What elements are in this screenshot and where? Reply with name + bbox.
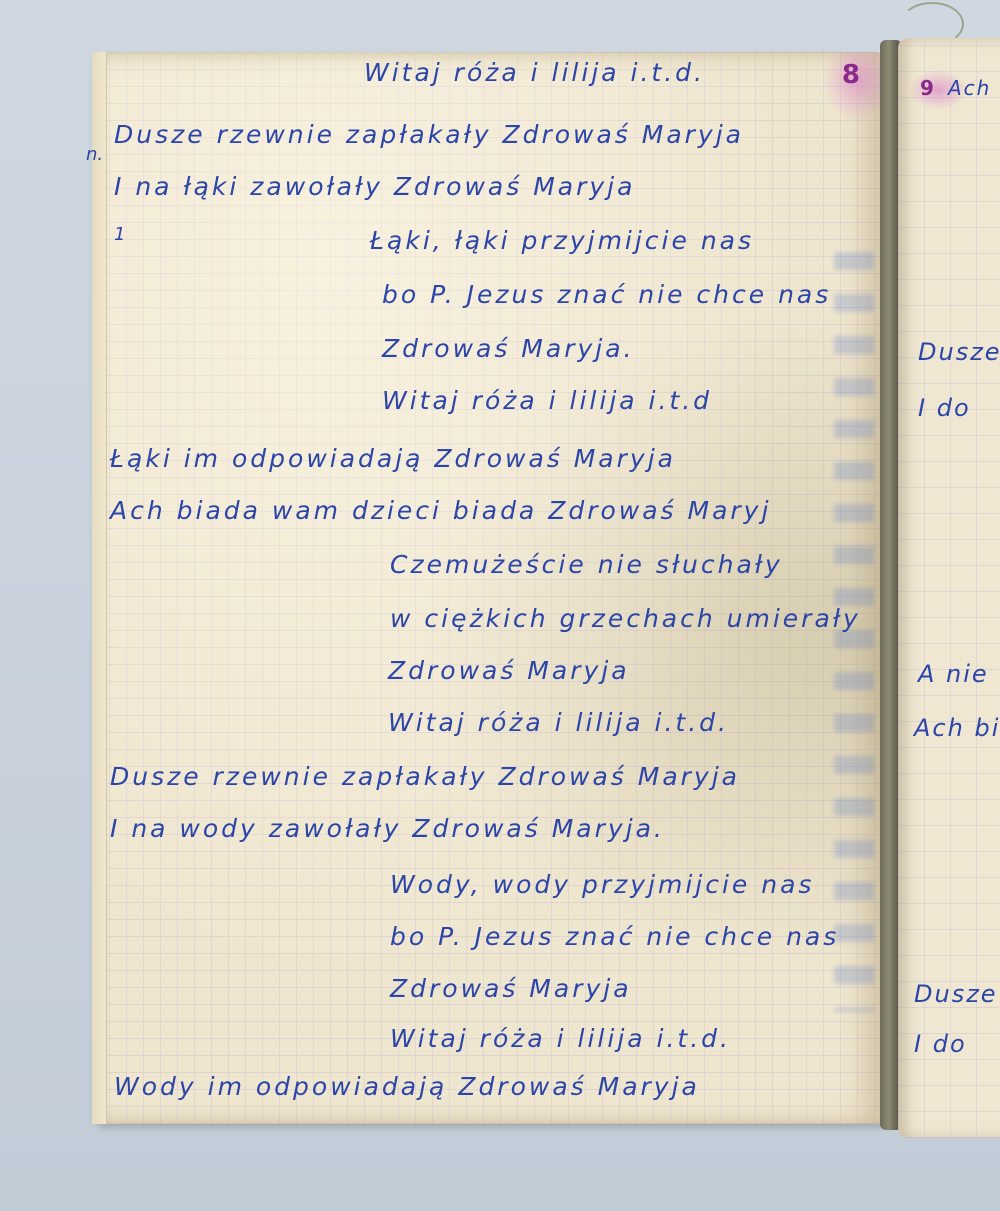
handwritten-line: Witaj róża i lilija i.t.d	[382, 386, 712, 415]
handwritten-line: Dusze	[914, 980, 998, 1008]
handwritten-line: Zdrowaś Maryja	[388, 656, 630, 685]
handwritten-line: Czemużeście nie słuchały	[390, 550, 783, 579]
handwritten-line: w ciężkich grzechach umierały	[390, 604, 861, 633]
handwritten-line: Ach	[948, 76, 991, 100]
right-notebook-page: 9 Ach Dusze I do A nie Ach bi Dusze I do	[898, 38, 1000, 1138]
margin-mark: 1	[114, 224, 125, 245]
handwritten-line: A nie	[918, 660, 989, 688]
page-number: 9	[920, 76, 934, 100]
handwritten-line: Witaj róża i lilija i.t.d.	[390, 1024, 731, 1053]
handwritten-line: Dusze rzewnie zapłakały Zdrowaś Maryja	[114, 120, 744, 149]
handwritten-line: Dusze	[918, 338, 1000, 366]
left-notebook-page: 8 n. 1 Witaj róża i lilija i.t.d. Dusze …	[92, 52, 882, 1124]
handwritten-line: Wody im odpowiadają Zdrowaś Maryja	[114, 1072, 700, 1101]
page-number: 8	[842, 60, 860, 90]
handwritten-line: Łąki im odpowiadają Zdrowaś Maryja	[110, 444, 676, 473]
handwritten-line: I na wody zawołały Zdrowaś Maryja.	[110, 814, 665, 843]
handwritten-line: Wody, wody przyjmijcie nas	[390, 870, 814, 899]
handwritten-line: Łąki, łąki przyjmijcie nas	[370, 226, 754, 255]
handwritten-line: Witaj róża i lilija i.t.d.	[388, 708, 729, 737]
handwritten-line: Zdrowaś Maryja.	[382, 334, 634, 363]
handwritten-line: bo P. Jezus znać nie chce nas	[382, 280, 831, 309]
handwritten-line: Ach bi	[914, 714, 1000, 742]
handwritten-line: Dusze rzewnie zapłakały Zdrowaś Maryja	[110, 762, 740, 791]
handwritten-line: Witaj róża i lilija i.t.d.	[364, 58, 705, 87]
page-margin-edge	[92, 52, 107, 1124]
handwritten-line: Zdrowaś Maryja	[390, 974, 632, 1003]
handwritten-line: I do	[918, 394, 971, 422]
handwritten-line: I do	[914, 1030, 967, 1058]
handwritten-line: I na łąki zawołały Zdrowaś Maryja	[114, 172, 635, 201]
margin-mark: n.	[86, 144, 103, 165]
handwritten-line: bo P. Jezus znać nie chce nas	[390, 922, 839, 951]
handwritten-line: Ach biada wam dzieci biada Zdrowaś Maryj	[110, 496, 771, 525]
